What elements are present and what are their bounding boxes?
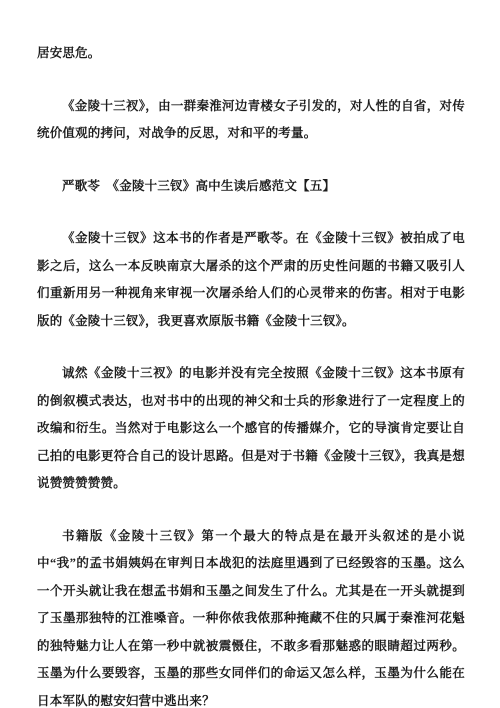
document-page: 居安思危。《金陵十三衩》，由一群秦淮河边青楼女子引发的，对人性的自省，对传统价值… — [0, 0, 500, 708]
paragraph: 书籍版《金陵十三钗》第一个最大的特点是在最开头叙述的是小说中“我”的孟书娟姨妈在… — [37, 523, 465, 708]
paragraph: 《金陵十三钗》这本书的作者是严歌苓。在《金陵十三钗》被拍成了电影之后，这么一本反… — [37, 225, 465, 335]
paragraph: 《金陵十三衩》，由一群秦淮河边青楼女子引发的，对人性的自省，对传统价值观的拷问，… — [37, 93, 465, 148]
section-heading: 严歌苓 《金陵十三钗》高中生读后感范文【五】 — [37, 173, 465, 201]
paragraph: 居安思危。 — [37, 40, 465, 68]
document-body: 居安思危。《金陵十三衩》，由一群秦淮河边青楼女子引发的，对人性的自省，对传统价值… — [0, 0, 500, 708]
paragraph: 诚然《金陵十三衩》的电影并没有完全按照《金陵十三钗》这本书原有的倒叙模式表达，也… — [37, 360, 465, 498]
